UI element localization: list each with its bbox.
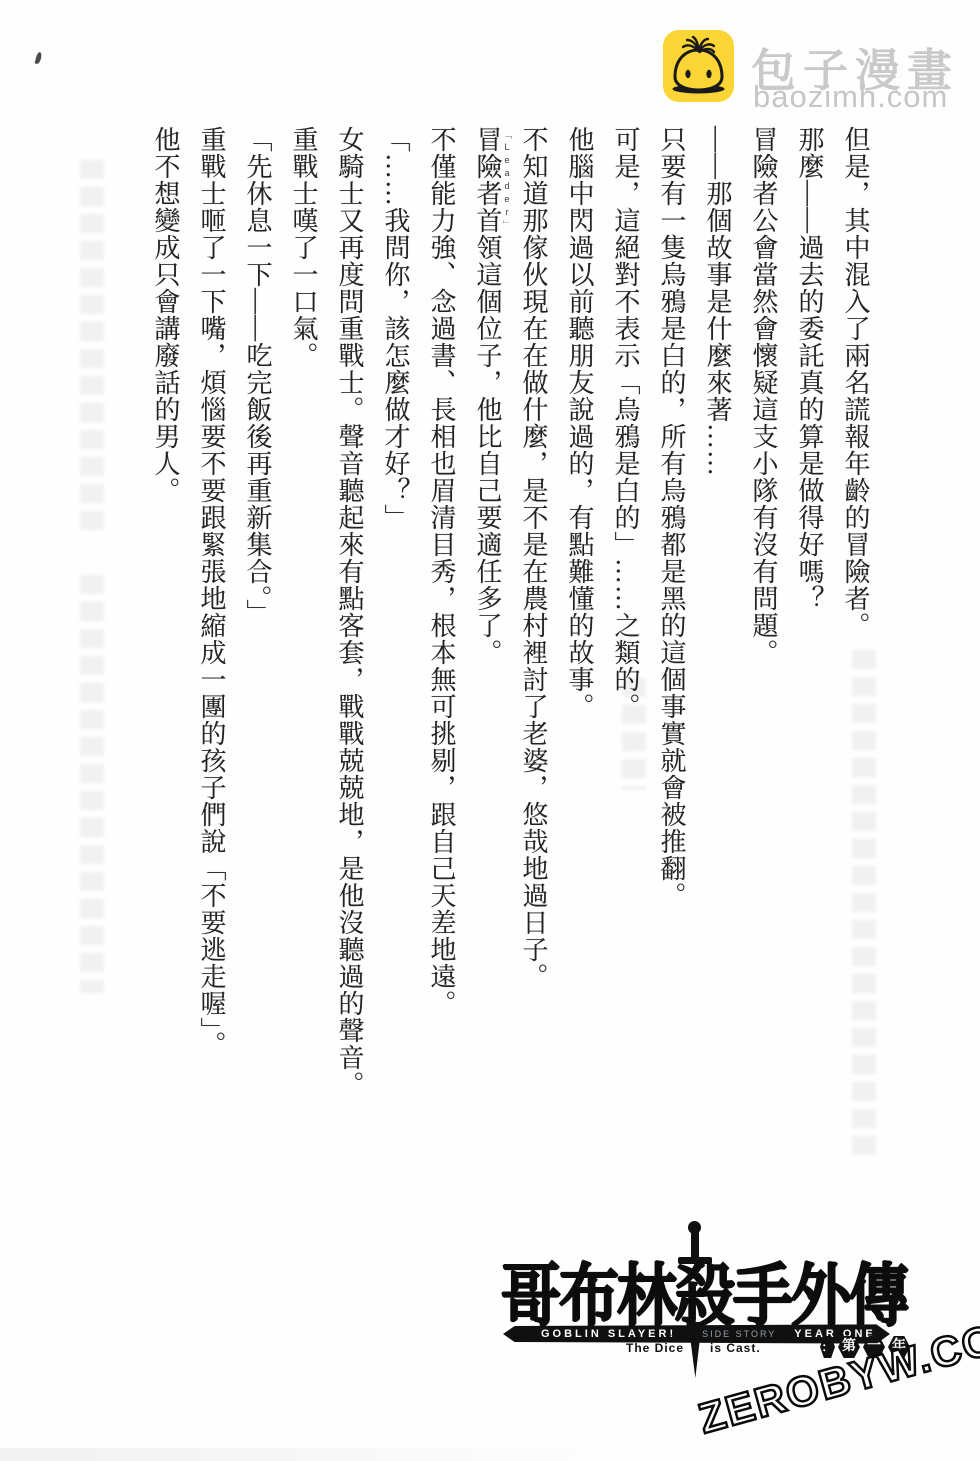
novel-paragraph: 他腦中閃過以前聽朋友說過的，有點難懂的故事。: [556, 126, 602, 1311]
site-url: baozimh.com: [753, 79, 948, 115]
ribbon-text-left: GOBLIN SLAYER!: [541, 1328, 676, 1340]
novel-paragraph: 「先休息一下——吃完飯後再重新集合。」: [234, 126, 280, 1311]
novel-paragraph: 冒險者公會當然會懷疑這支小隊有沒有問題。: [740, 126, 786, 1311]
novel-paragraph: 那麼——過去的委託真的算是做得好嗎？: [786, 126, 832, 1311]
page-edge-shadow: [0, 1448, 640, 1461]
scan-speck-artifact: [35, 52, 43, 65]
novel-paragraph: 「……我問你，該怎麼做才好？」: [372, 126, 418, 1311]
novel-paragraph: 重戰士咂了一下嘴，煩惱要不要跟緊張地縮成一團的孩子們說「不要逃走喔」。: [188, 126, 234, 1311]
novel-paragraph: 不僅能力強、念過書、長相也眉清目秀，根本無可挑剔，跟自己天差地遠。: [418, 126, 464, 1311]
novel-paragraph: 重戰士嘆了一口氣。: [280, 126, 326, 1311]
hexagon-badge: ：: [820, 1336, 835, 1358]
print-bleedthrough: [80, 160, 104, 532]
novel-paragraph: 可是，這絕對不表示「烏鴉是白的」……之類的。: [602, 126, 648, 1311]
novel-paragraph: ——那個故事是什麼來著……: [694, 126, 740, 1311]
scanned-novel-page: 包子漫畫 baozimh.com 但是，其中混入了兩名謊報年齡的冒險者。 那麼—…: [0, 0, 980, 1461]
novel-paragraph: 他不想變成只會講廢話的男人。: [142, 126, 188, 1311]
print-bleedthrough: [80, 575, 104, 993]
logo-tagline-left: The Dice: [560, 1341, 684, 1355]
novel-paragraph: 不知道那傢伙現在在做什麼，是不是在農村裡討了老婆，悠哉地過日子。: [510, 126, 556, 1311]
baozi-logo-icon: [663, 30, 734, 102]
novel-paragraph: 但是，其中混入了兩名謊報年齡的冒險者。: [832, 126, 878, 1311]
novel-paragraph: 只要有一隻烏鴉是白的，所有烏鴉都是黑的這個事實就會被推翻。: [648, 126, 694, 1311]
furigana-leader: 「Leader」: [501, 130, 514, 340]
logo-tagline-right: is Cast.: [710, 1341, 761, 1355]
novel-paragraph: 女騎士又再度問重戰士。聲音聽起來有點客套，戰戰兢兢地，是他沒聽過的聲音。: [326, 126, 372, 1311]
ribbon-text-mid: SIDE STORY: [702, 1329, 776, 1339]
